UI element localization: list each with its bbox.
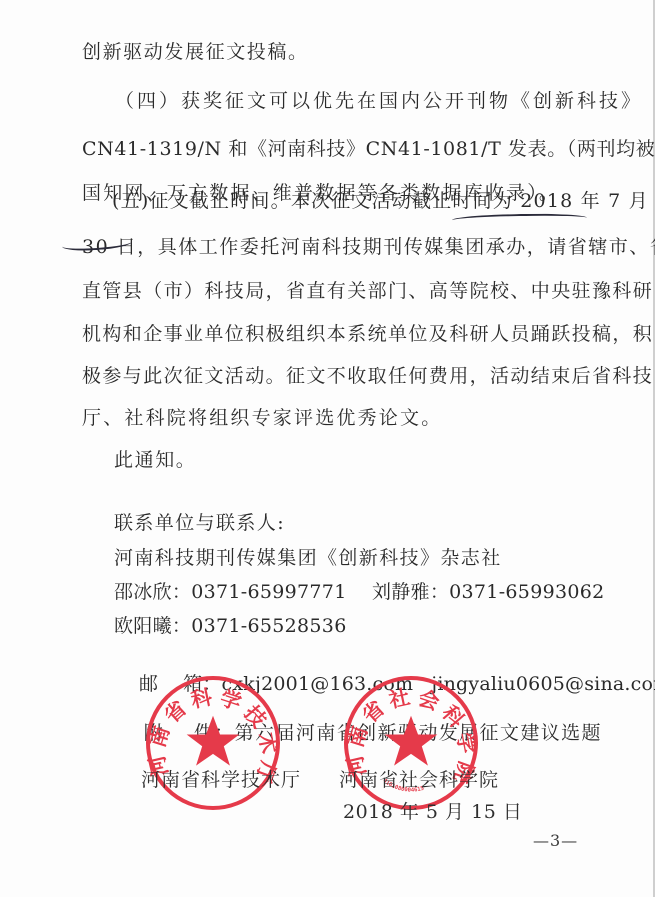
contacts-phone-line: 邵冰欣：0371-65997771 刘静雅：0371-65993062 [114,580,605,604]
signature-date: 2018 年 5 月 15 日 [343,800,522,824]
signature-org: 河南省科学技术厅 [141,768,301,792]
star-icon [385,716,438,766]
page-number: —3— [533,831,578,850]
text-line: CN41-1319/N 和《河南科技》CN41-1081/T 发表。（两刊均被中 [82,137,655,161]
text-line: （四）获奖征文可以优先在国内公开刊物《创新科技》 [115,89,643,113]
text-line: 极参与此次征文活动。征文不收取任何费用，活动结束后省科技 [82,364,653,388]
contacts-organization: 河南科技期刊传媒集团《创新科技》杂志社 [114,546,502,570]
text-line: 30 日，具体工作委托河南科技期刊传媒集团承办，请省辖市、省 [82,235,655,259]
contacts-heading: 联系单位与联系人: [114,511,285,535]
text-line: 创新驱动发展征文投稿。 [82,40,309,64]
text-line: (五)征文截止时间。本次征文活动截止时间为 2018 年 7 月 [112,189,649,213]
contacts-phone-line: 欧阳曦：0371-65528536 [114,614,347,638]
text-line: 此通知。 [114,448,196,472]
text-line: 厅、社科院将组织专家评选优秀论文。 [82,406,442,430]
signature-org: 河南省社会科学院 [339,768,499,792]
text-line: 直管县（市）科技局，省直有关部门、高等院校、中央驻豫科研 [82,279,653,303]
star-icon [187,716,240,766]
handwritten-underline [452,213,587,225]
text-line: 机构和企事业单位积极组织本系统单位及科研人员踊跃投稿，积 [82,322,653,346]
